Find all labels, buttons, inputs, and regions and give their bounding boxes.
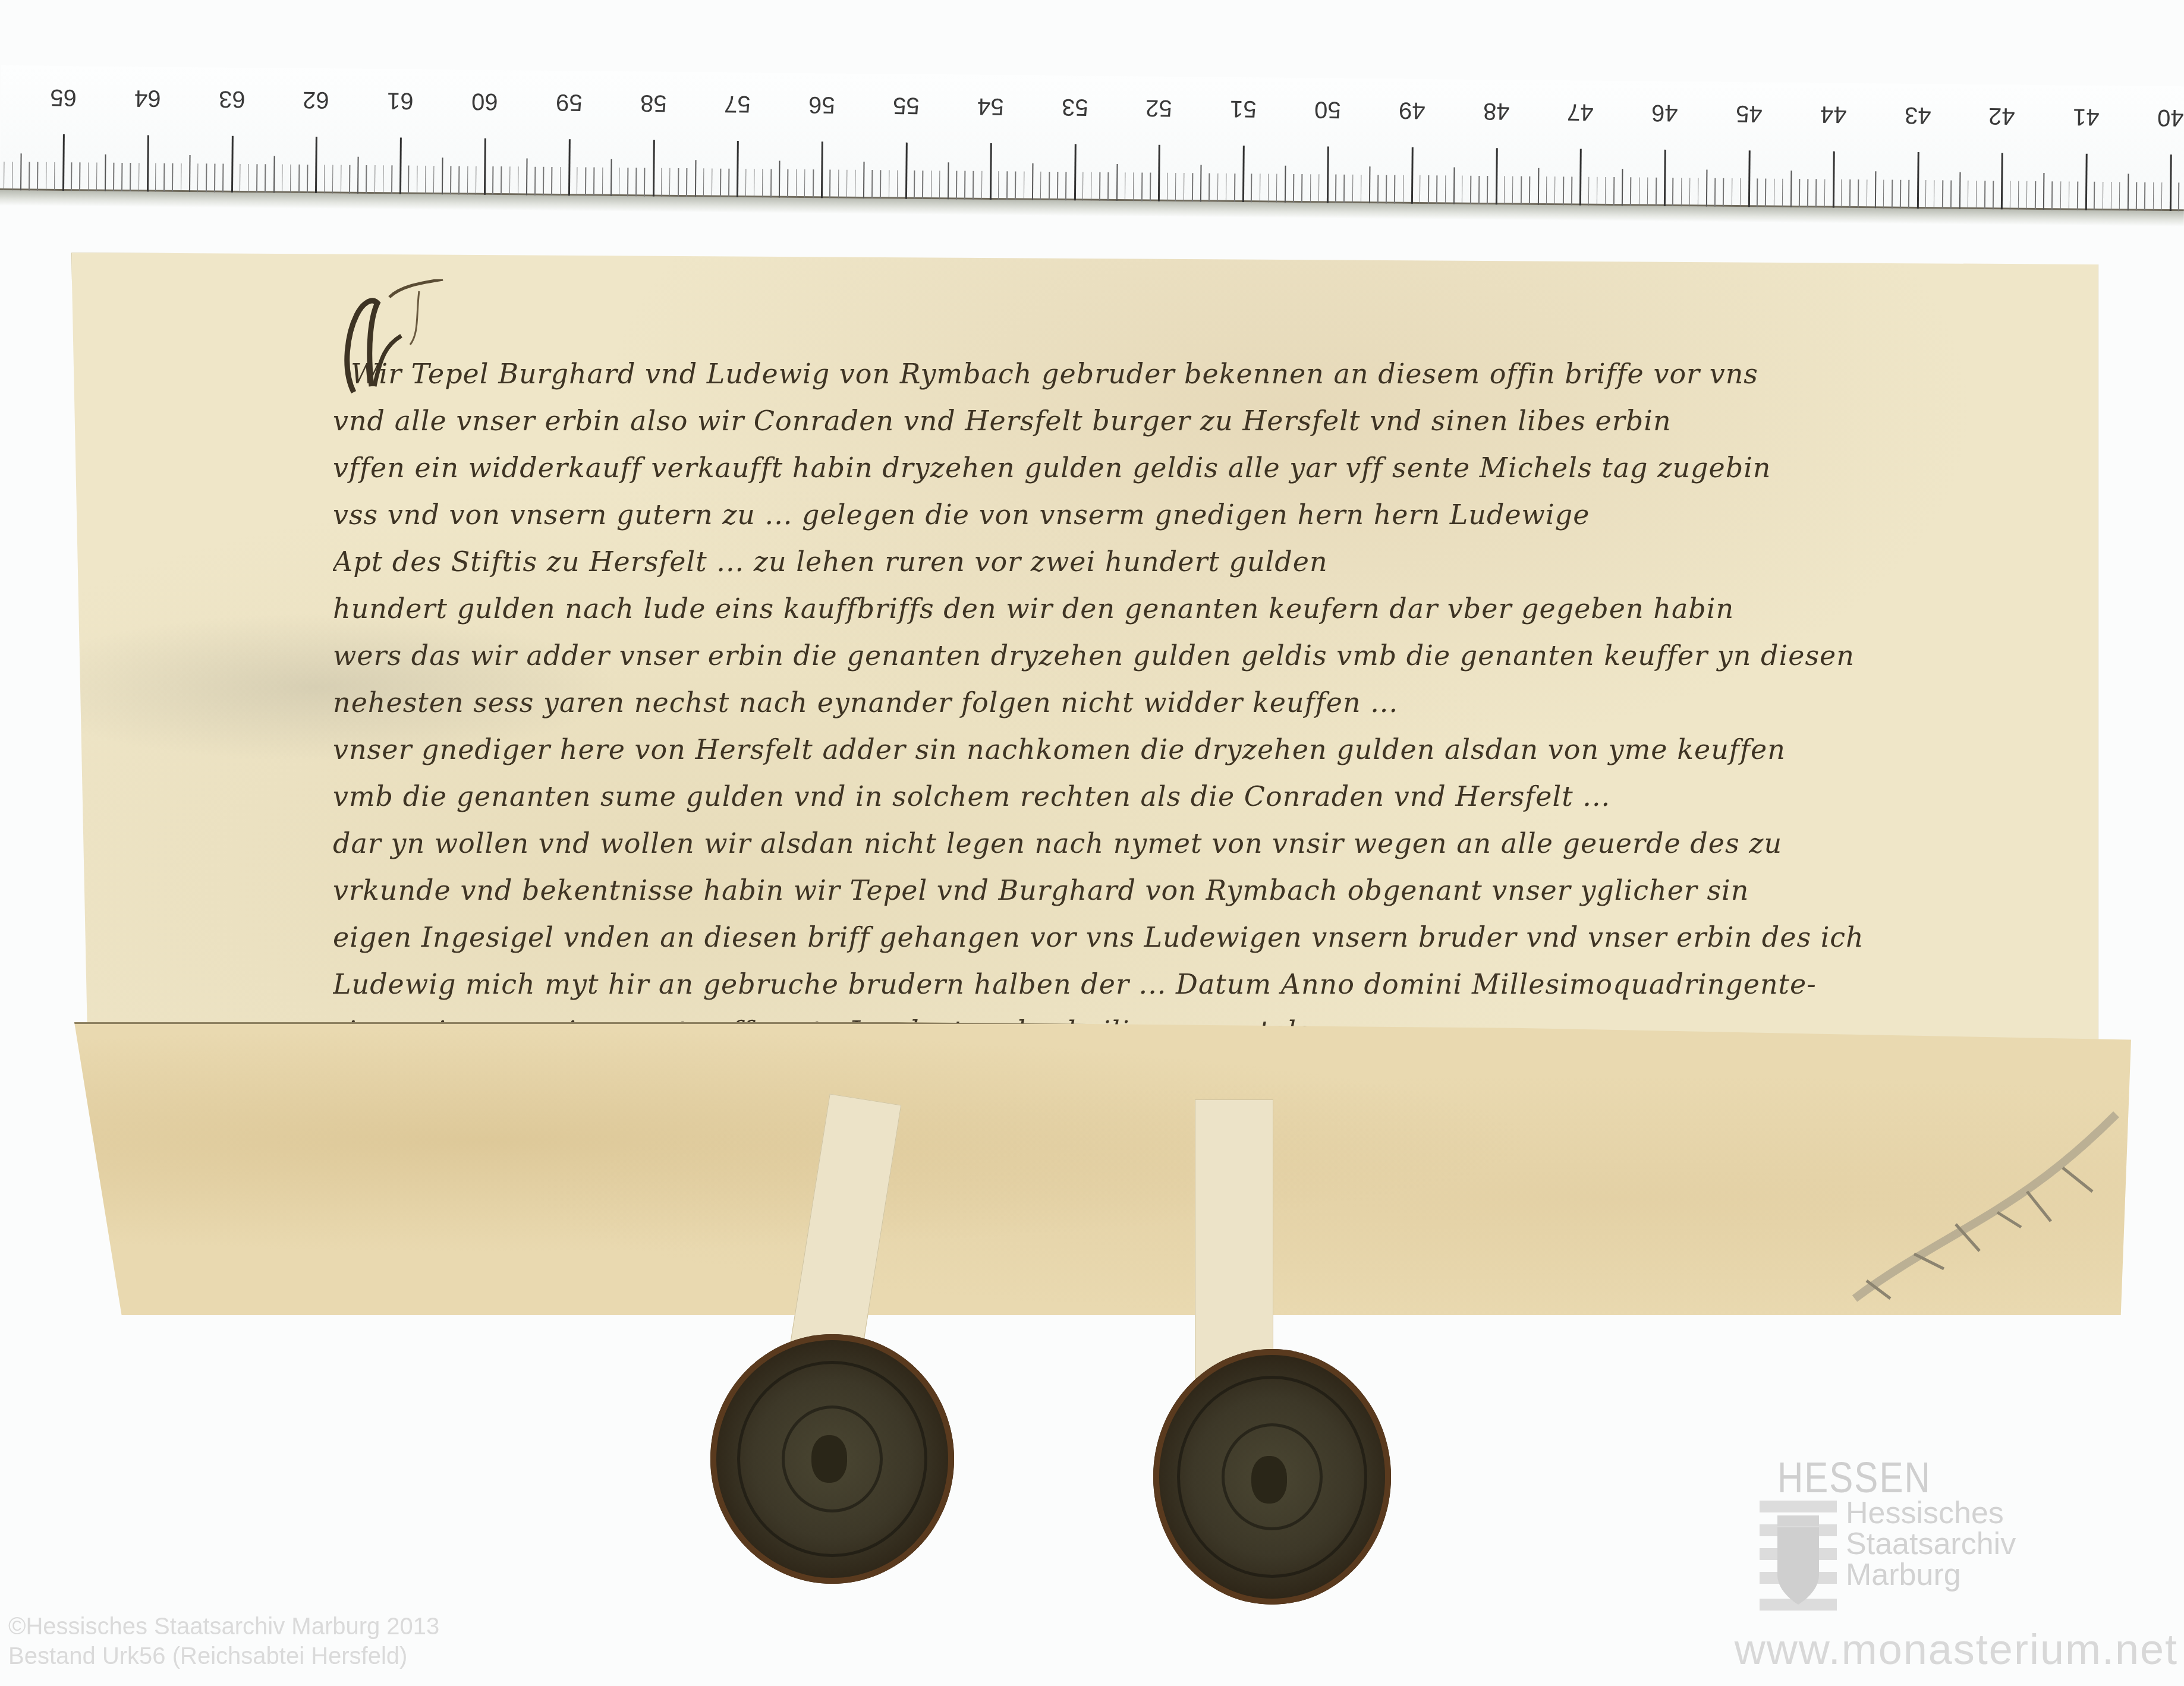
ruler-tick	[54, 162, 55, 191]
ruler-tick	[442, 157, 443, 194]
ruler-tick	[1579, 149, 1582, 206]
ruler-tick	[821, 141, 823, 198]
ruler-label: 63	[211, 85, 253, 112]
archive-name-line: Hessisches	[1846, 1498, 2016, 1529]
ruler-tick	[433, 166, 435, 194]
monasterium-url: www.monasterium.net	[1735, 1625, 2178, 1674]
ruler-tick	[1361, 175, 1362, 203]
ruler-tick	[476, 166, 477, 195]
ruler-label: 54	[970, 93, 1011, 120]
ruler-tick	[1512, 176, 1513, 204]
ruler-tick	[1799, 179, 1800, 207]
ruler-tick	[391, 165, 392, 194]
ruler-tick	[2128, 174, 2129, 210]
ruler-tick	[551, 167, 552, 196]
script-line: dar yn wollen vnd wollen wir alsdan nich…	[333, 820, 2057, 867]
ruler-tick	[1833, 152, 1835, 208]
script-line: vnser gnediger here von Hersfelt adder s…	[333, 726, 2057, 773]
ruler-tick	[1698, 178, 1699, 206]
ruler-tick	[349, 165, 350, 194]
ruler-tick	[1099, 172, 1100, 201]
ruler-tick	[1546, 177, 1547, 205]
charter-text: Wir Tepel Burghard vnd Ludewig von Rymba…	[333, 351, 2057, 1055]
repair-stitching-icon	[1831, 1102, 2140, 1304]
ruler-tick	[181, 163, 182, 192]
ruler-tick	[1343, 175, 1345, 203]
ruler-tick	[2085, 154, 2088, 210]
ruler-tick	[1773, 179, 1774, 207]
ruler-tick	[1335, 175, 1336, 203]
ruler-tick	[981, 171, 983, 200]
ruler-tick	[518, 166, 519, 195]
archive-name-line: Staatsarchiv	[1846, 1529, 2016, 1559]
ruler-tick	[2001, 153, 2003, 209]
ruler-tick	[29, 162, 30, 190]
ruler-tick	[1984, 181, 1985, 209]
ruler-tick	[635, 168, 637, 196]
ruler-tick	[1993, 181, 1994, 209]
ruler-label: 55	[885, 92, 927, 119]
measuring-ruler: 6564636261605958575655545352515049484746…	[0, 65, 2184, 211]
ruler-label: 64	[127, 84, 168, 112]
ruler-tick	[1065, 172, 1066, 200]
ruler-tick	[1125, 172, 1126, 201]
ruler-tick	[813, 169, 814, 198]
hessen-wordmark: HESSEN	[1777, 1453, 1931, 1502]
ruler-tick	[644, 168, 645, 196]
ruler-tick	[2136, 182, 2137, 210]
ruler-tick	[897, 170, 898, 198]
ruler-tick	[577, 167, 578, 196]
ruler-tick	[492, 166, 493, 195]
ruler-tick	[1470, 176, 1471, 204]
ruler-tick	[2069, 181, 2070, 210]
ruler-tick	[1242, 146, 1245, 202]
ruler-tick	[2043, 173, 2045, 210]
ruler-tick	[12, 162, 13, 190]
ruler-tick	[737, 141, 739, 197]
ruler-tick	[1040, 172, 1041, 200]
ruler-tick	[1815, 179, 1817, 207]
ruler-tick	[1790, 171, 1792, 207]
ruler-tick	[1268, 174, 1269, 202]
ruler-tick	[2018, 181, 2019, 210]
ruler-tick	[383, 165, 384, 194]
ruler-tick	[1285, 166, 1286, 203]
ruler-tick	[256, 164, 257, 193]
ruler-tick	[1133, 172, 1134, 201]
ruler-label: 58	[632, 89, 674, 116]
ruler-tick	[121, 163, 122, 191]
ruler-tick	[1006, 171, 1008, 200]
ruler-tick	[1916, 152, 1919, 209]
ruler-tick	[324, 165, 325, 193]
ruler-tick	[139, 163, 140, 191]
ruler-tick	[1950, 181, 1952, 209]
ruler-label: 49	[1391, 96, 1433, 124]
script-line: wers das wir adder vnser erbin die genan…	[333, 632, 2057, 679]
ruler-tick	[871, 170, 873, 198]
ruler-label: 51	[1222, 95, 1264, 122]
ruler-label: 48	[1475, 97, 1517, 125]
ruler-edge	[0, 188, 2184, 226]
ruler-tick	[315, 137, 317, 193]
seal-emblem-icon	[1251, 1456, 1287, 1504]
ruler-tick	[172, 163, 173, 192]
ruler-tick	[105, 155, 106, 191]
ruler-tick	[1622, 169, 1623, 206]
ruler-tick	[1613, 177, 1615, 206]
ruler-tick	[1116, 164, 1118, 201]
ruler-tick	[829, 169, 830, 198]
ruler-tick	[1327, 146, 1329, 203]
ruler-tick	[720, 169, 721, 197]
ruler-tick	[273, 156, 275, 193]
ruler-tick	[905, 143, 908, 199]
ruler-tick	[1318, 174, 1320, 203]
ruler-label: 41	[2065, 103, 2107, 130]
ruler-label: 44	[1812, 100, 1854, 128]
ruler-tick	[2102, 182, 2103, 210]
ruler-tick	[627, 168, 628, 196]
ruler-tick	[948, 162, 949, 199]
ruler-tick	[1934, 180, 1935, 209]
ruler-tick	[417, 166, 418, 194]
ruler-label: 43	[1897, 102, 1938, 129]
ruler-label: 40	[2150, 104, 2184, 131]
ruler-tick	[197, 163, 199, 192]
ruler-tick	[661, 168, 662, 197]
ruler-tick	[1723, 178, 1724, 207]
ruler-tick	[1394, 175, 1395, 204]
ruler-tick	[1681, 178, 1682, 206]
ruler-tick	[1150, 173, 1151, 201]
script-line: nehesten sess yaren nechst nach eynander…	[333, 679, 2057, 726]
ruler-tick	[357, 157, 359, 194]
ruler-tick	[1015, 171, 1016, 200]
ruler-tick	[1605, 177, 1606, 206]
ruler-tick	[543, 167, 544, 196]
ruler-tick	[1411, 147, 1414, 204]
ruler-tick	[787, 169, 788, 198]
ruler-tick	[745, 169, 747, 197]
ruler-tick	[990, 143, 992, 200]
ruler-tick	[602, 168, 603, 196]
ruler-tick	[1521, 177, 1522, 205]
wax-seal-left	[710, 1334, 954, 1584]
archive-name-line: Marburg	[1846, 1559, 2016, 1590]
ruler-tick	[88, 162, 89, 191]
ruler-tick	[2170, 155, 2172, 211]
ruler-tick	[1057, 172, 1058, 200]
ruler-label: 61	[379, 87, 421, 114]
ruler-tick	[1807, 179, 1808, 207]
ruler-tick	[1849, 179, 1851, 208]
fonds-line: Bestand Urk56 (Reichsabtei Hersfeld)	[8, 1641, 439, 1671]
ruler-tick	[290, 165, 291, 193]
ruler-tick	[1968, 181, 1969, 209]
ruler-tick	[1588, 177, 1589, 206]
ruler-tick	[1377, 175, 1379, 203]
ruler-tick	[1175, 173, 1176, 201]
ruler-tick	[1647, 178, 1648, 206]
script-line: vss vnd von vnsern gutern zu ... gelegen…	[333, 491, 2057, 538]
ruler-tick	[240, 164, 241, 193]
ruler-tick	[307, 165, 308, 193]
ruler-tick	[163, 163, 165, 192]
ruler-tick	[248, 164, 249, 193]
ruler-tick	[20, 153, 22, 190]
ruler-tick	[509, 166, 510, 195]
ruler-tick	[1731, 178, 1732, 207]
ruler-tick	[838, 170, 839, 198]
ruler-tick	[214, 163, 215, 192]
ruler-tick	[2035, 181, 2036, 210]
ruler-tick	[1689, 178, 1691, 206]
script-line: Ludewig mich myt hir an gebruche brudern…	[333, 961, 2057, 1008]
ruler-tick	[231, 136, 234, 193]
ruler-tick	[1158, 145, 1160, 201]
script-line: eigen Ingesigel vnden an diesen briff ge…	[333, 914, 2057, 961]
ruler-tick	[399, 137, 402, 194]
ruler-tick	[425, 166, 426, 194]
ruler-tick	[973, 171, 974, 200]
ruler-tick	[2077, 182, 2078, 210]
ruler-tick	[939, 171, 940, 199]
ruler-tick	[1217, 174, 1219, 202]
ruler-tick	[2094, 182, 2095, 210]
ruler-tick	[282, 165, 283, 193]
ruler-tick	[1554, 177, 1556, 205]
ruler-tick	[189, 155, 191, 192]
ruler-tick	[2119, 182, 2120, 210]
ruler-tick	[1107, 172, 1109, 201]
ruler-tick	[1023, 172, 1024, 200]
ruler-tick	[754, 169, 755, 197]
ruler-tick	[1428, 175, 1429, 204]
ruler-tick	[2026, 181, 2028, 210]
ruler-tick	[366, 165, 367, 194]
ruler-tick	[2161, 182, 2163, 211]
copyright-caption: ©Hessisches Staatsarchiv Marburg 2013 Be…	[8, 1612, 439, 1671]
ruler-tick	[1504, 176, 1505, 204]
ruler-tick	[1959, 172, 1960, 209]
ruler-label: 59	[548, 89, 590, 116]
ruler-tick	[1141, 172, 1143, 201]
ruler-label: 56	[801, 91, 842, 118]
ruler-tick	[1900, 180, 1901, 209]
ruler-tick	[408, 166, 409, 194]
ruler-tick	[1765, 179, 1766, 207]
ruler-tick	[1495, 148, 1497, 204]
ruler-tick	[585, 167, 586, 196]
ruler-label: 52	[1138, 94, 1180, 121]
ruler-tick	[467, 166, 468, 195]
ruler-tick	[1082, 172, 1084, 200]
ruler-tick	[1942, 180, 1943, 209]
ruler-tick	[332, 165, 333, 193]
ruler-tick	[703, 168, 704, 197]
ruler-tick	[79, 162, 80, 191]
ruler-tick	[1352, 175, 1353, 203]
ruler-tick	[863, 162, 865, 198]
ruler-tick	[964, 171, 965, 200]
ruler-label: 53	[1054, 93, 1096, 121]
ruler-tick	[678, 168, 679, 197]
ruler-label: 62	[295, 86, 337, 114]
ruler-tick	[1714, 178, 1716, 207]
ruler-tick	[2144, 182, 2145, 211]
ruler-tick	[1293, 174, 1294, 203]
ruler-tick	[1664, 150, 1666, 206]
ruler-tick	[1824, 179, 1825, 207]
ruler-tick	[1200, 165, 1202, 201]
ruler-label: 50	[1307, 96, 1348, 123]
ruler-tick	[619, 168, 620, 196]
ruler-tick	[1209, 174, 1210, 202]
ruler-tick	[1192, 173, 1193, 201]
seal-emblem-icon	[811, 1435, 847, 1483]
ruler-tick	[1184, 173, 1185, 201]
ruler-tick	[37, 162, 38, 191]
ruler-tick	[1537, 168, 1539, 205]
ruler-tick	[1841, 179, 1842, 208]
ruler-tick	[46, 162, 47, 191]
ruler-tick	[1908, 180, 1909, 209]
ruler-tick	[1740, 178, 1741, 207]
ruler-tick	[694, 160, 696, 197]
ruler-tick	[450, 166, 451, 194]
ruler-tick	[62, 134, 65, 191]
ruler-tick	[1478, 176, 1480, 204]
ruler-tick	[1757, 178, 1758, 207]
ruler-tick	[147, 135, 149, 191]
ruler-tick	[1276, 174, 1277, 203]
ruler-tick	[1453, 167, 1455, 204]
ruler-tick	[1563, 177, 1564, 205]
ruler-tick	[1259, 174, 1260, 202]
ruler-tick	[1226, 174, 1227, 202]
ruler-tick	[1420, 175, 1421, 204]
ruler-tick	[265, 164, 266, 193]
ruler-tick	[1706, 170, 1708, 207]
ruler-tick	[1386, 175, 1387, 203]
ruler-tick	[1672, 178, 1673, 206]
ruler-tick	[1251, 174, 1252, 202]
ruler-tick	[1310, 174, 1311, 203]
seal-tag-right	[1195, 1099, 1273, 1380]
ruler-tick	[458, 166, 460, 194]
ruler-label: 47	[1560, 98, 1601, 125]
archive-name: Hessisches Staatsarchiv Marburg	[1846, 1498, 2016, 1590]
ruler-tick	[669, 168, 671, 197]
ruler-tick	[1883, 179, 1884, 208]
script-line: Wir Tepel Burghard vnd Ludewig von Rymba…	[333, 351, 2057, 398]
ruler-tick	[804, 169, 805, 198]
ruler-tick	[1875, 171, 1877, 208]
ruler-label: 42	[1981, 102, 2023, 130]
ruler-label: 57	[717, 90, 759, 118]
ruler-tick	[593, 168, 594, 196]
ruler-tick	[846, 170, 848, 198]
ruler-tick	[206, 163, 207, 192]
ruler-tick	[1166, 173, 1167, 201]
ruler-label: 65	[42, 84, 84, 111]
ruler-tick	[1976, 181, 1977, 209]
ruler-tick	[1866, 179, 1867, 208]
ruler-tick	[484, 138, 486, 195]
ruler-tick	[728, 169, 729, 197]
script-line: vnd alle vnser erbin also wir Conraden v…	[333, 398, 2057, 445]
ruler-tick	[796, 169, 797, 198]
ruler-tick	[1748, 150, 1751, 207]
ruler-tick	[501, 166, 502, 195]
script-line: vffen ein widderkauff verkaufft habin dr…	[333, 445, 2057, 491]
ruler-tick	[1925, 180, 1927, 209]
ruler-tick	[2111, 182, 2112, 210]
ruler-tick	[855, 170, 856, 198]
ruler-label: 60	[464, 87, 505, 115]
ruler-tick	[653, 140, 655, 197]
script-line: vrkunde vnd bekentnisse habin wir Tepel …	[333, 867, 2057, 914]
wax-seal-right	[1153, 1349, 1391, 1605]
script-line: hundert gulden nach lude eins kauffbriff…	[333, 585, 2057, 632]
ruler-tick	[1091, 172, 1092, 201]
ruler-tick	[1529, 177, 1530, 205]
ruler-tick	[298, 165, 300, 193]
ruler-tick	[2060, 181, 2061, 210]
ruler-tick	[560, 167, 561, 196]
ruler-tick	[1369, 166, 1371, 203]
ruler-tick	[375, 165, 376, 194]
ruler-tick	[779, 161, 781, 198]
ruler-tick	[712, 168, 713, 197]
ruler-tick	[1049, 172, 1050, 200]
ruler-tick	[914, 171, 915, 199]
ruler-tick	[1571, 177, 1572, 205]
ruler-tick	[222, 164, 224, 193]
ruler-tick	[1656, 178, 1657, 206]
ruler-tick	[762, 169, 763, 197]
ruler-tick	[568, 139, 571, 196]
ruler-tick	[1639, 177, 1640, 206]
ruler-tick	[1445, 175, 1446, 204]
ruler-tick	[922, 171, 923, 199]
ruler-tick	[2178, 182, 2179, 211]
ruler-tick	[956, 171, 957, 199]
ruler-tick	[4, 162, 5, 190]
ruler-tick	[2051, 181, 2053, 210]
ruler-tick	[770, 169, 772, 197]
ruler-tick	[1074, 144, 1077, 200]
ruler-tick	[1436, 175, 1437, 204]
ruler-tick	[1597, 177, 1598, 206]
ruler-tick	[341, 165, 342, 194]
ruler-tick	[880, 170, 881, 198]
ruler-tick	[889, 170, 890, 198]
ruler-label: 46	[1644, 99, 1685, 127]
folded-plica	[74, 1022, 2131, 1315]
ruler-tick	[1630, 177, 1631, 206]
ruler-tick	[1234, 174, 1235, 202]
ruler-tick	[534, 167, 536, 196]
ruler-tick	[1782, 179, 1783, 207]
ruler-tick	[2009, 181, 2010, 209]
ruler-tick	[1032, 163, 1034, 200]
ruler-tick	[2152, 182, 2154, 211]
ruler-tick	[1858, 179, 1859, 208]
ruler-tick	[1487, 176, 1488, 204]
